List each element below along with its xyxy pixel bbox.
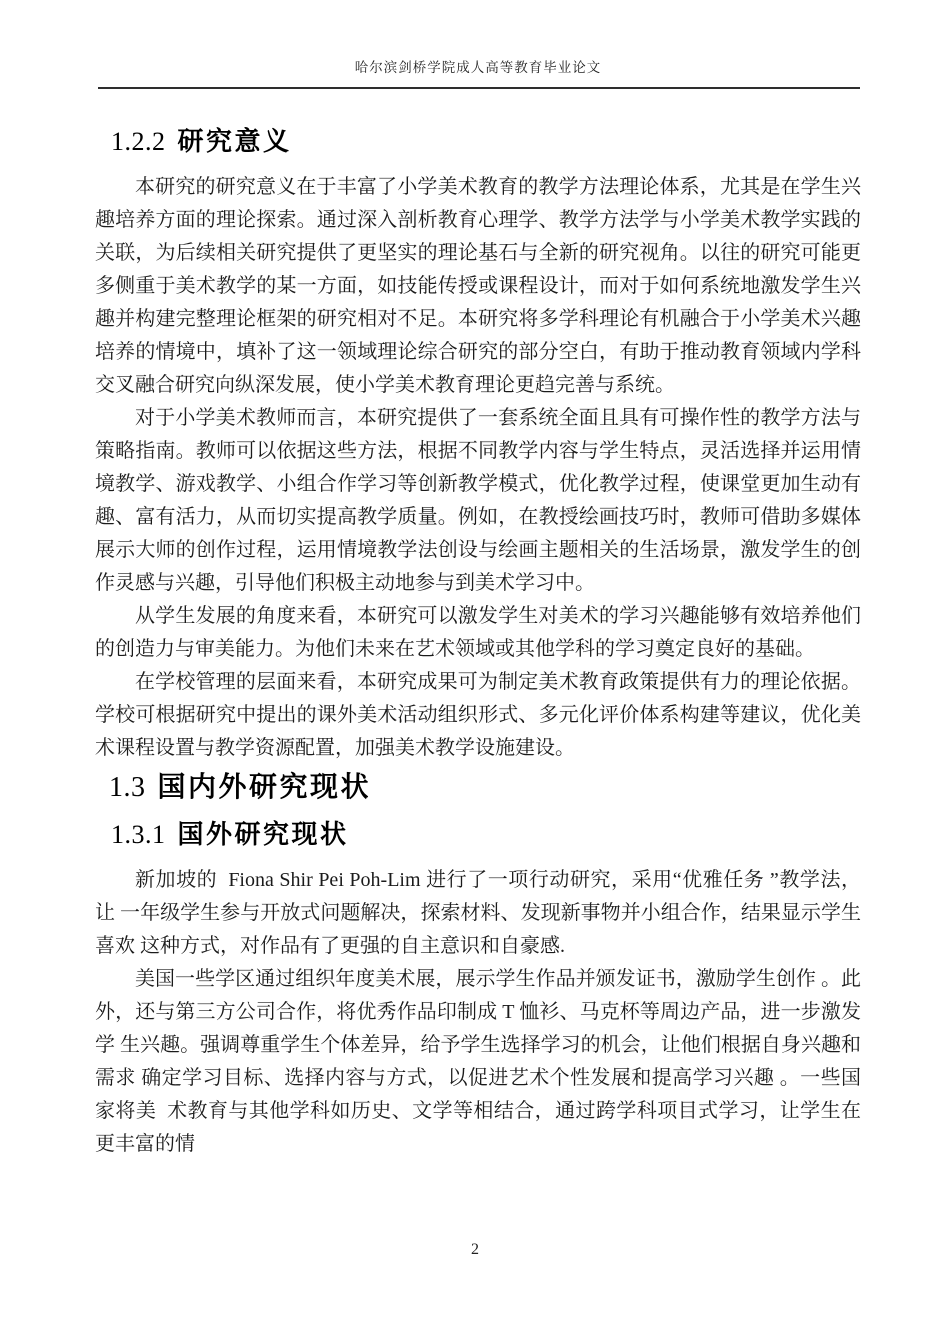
paragraph-research-significance-theory: 本研究的研究意义在于丰富了小学美术教育的教学方法理论体系，尤其是在学生兴趣培养方… [95,171,861,402]
section-title: 研究意义 [178,126,292,156]
section-heading-1-2-2: 1.2.2 研究意义 [111,126,861,157]
section-number: 1.3.1 [111,820,166,850]
section-number: 1.3 [109,772,146,804]
section-heading-1-3: 1.3 国内外研究现状 [109,771,861,804]
paragraph-singapore-study: 新加坡的 Fiona Shir Pei Poh-Lim 进行了一项行动研究，采用… [95,864,861,963]
paragraph-student-development: 从学生发展的角度来看，本研究可以激发学生对美术的学习兴趣能够有效培养他们的创造力… [95,600,861,666]
paragraph-teacher-guidance: 对于小学美术教师而言，本研究提供了一套系统全面且具有可操作性的教学方法与策略指南… [95,402,861,600]
section-title: 国内外研究现状 [158,771,372,803]
thesis-page: 哈尔滨剑桥学院成人高等教育毕业论文 1.2.2 研究意义 本研究的研究意义在于丰… [0,0,950,1344]
paragraph-us-school-districts: 美国一些学区通过组织年度美术展，展示学生作品并颁发证书，激励学生创作 。此外，还… [95,963,861,1161]
page-body: 1.2.2 研究意义 本研究的研究意义在于丰富了小学美术教育的教学方法理论体系，… [95,0,861,1161]
section-heading-1-3-1: 1.3.1 国外研究现状 [111,819,861,850]
paragraph-school-management: 在学校管理的层面来看，本研究成果可为制定美术教育政策提供有力的理论依据。学校可根… [95,666,861,765]
section-title: 国外研究现状 [178,819,349,849]
page-number: 2 [0,1240,950,1260]
section-number: 1.2.2 [111,127,166,157]
